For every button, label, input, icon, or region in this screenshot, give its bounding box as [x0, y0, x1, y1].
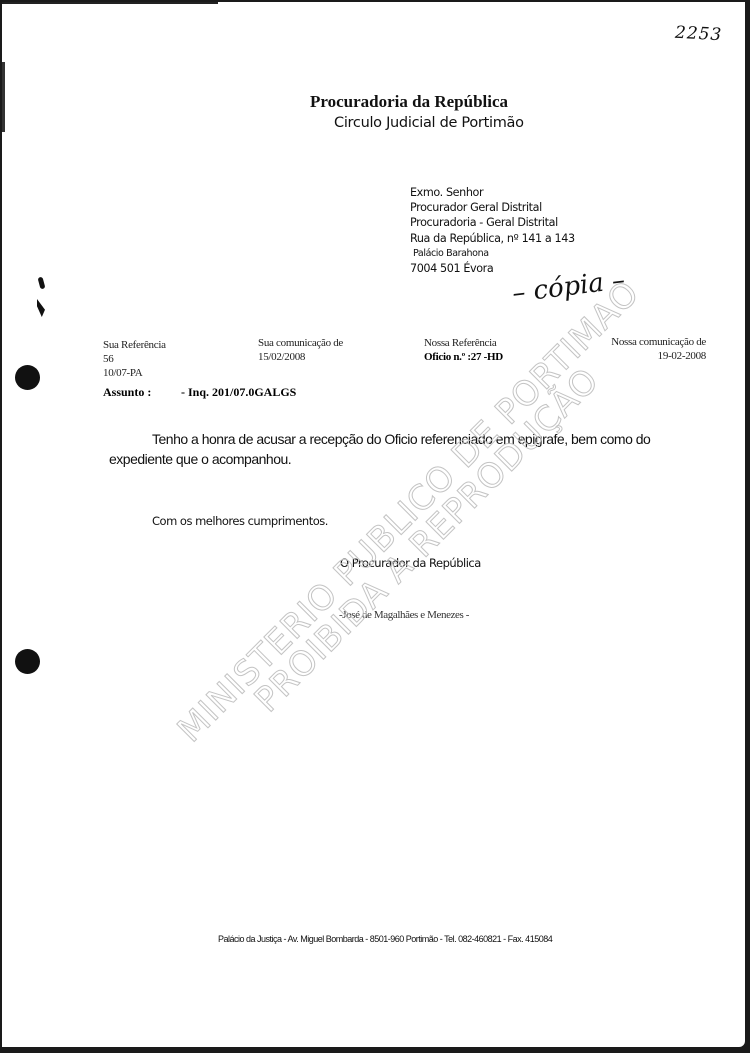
footer-address: Palácio da Justiça - Av. Miguel Bombarda… — [218, 934, 552, 944]
header-subtitle: Circulo Judicial de Portimão — [334, 115, 524, 131]
recipient-line: Palácio Barahona — [410, 246, 575, 261]
sua-comunicacao-value: 15/02/2008 — [258, 350, 343, 364]
punch-hole-icon — [15, 365, 40, 390]
sua-comunicacao: Sua comunicação de 15/02/2008 — [258, 336, 343, 364]
body-paragraph-text: Tenho a honra de acusar a recepção do Of… — [109, 431, 650, 467]
subject-line: Assunto : - Inq. 201/07.0GALGS — [103, 385, 151, 400]
handwritten-page-number: 2253 — [675, 23, 723, 45]
watermark-line-2: PROIBIDA A REPRODUÇÃO — [247, 360, 607, 720]
subject-label: Assunto : — [103, 385, 151, 399]
nossa-comunicacao-label: Nossa comunicação de — [598, 335, 706, 349]
scan-mark — [37, 299, 45, 317]
recipient-line: Procurador Geral Distrital — [410, 200, 575, 215]
scan-edge-line — [2, 2, 218, 4]
body-paragraph: Tenho a honra de acusar a recepção do Of… — [109, 429, 709, 469]
subject-value: - Inq. 201/07.0GALGS — [181, 385, 296, 400]
recipient-line: Exmo. Senhor — [410, 185, 575, 200]
nossa-referencia-label: Nossa Referência — [424, 336, 503, 350]
punch-hole-icon — [15, 649, 40, 674]
header-title: Procuradoria da República — [310, 92, 508, 112]
sua-referencia-value: 10/07-PA — [103, 366, 166, 380]
nossa-referencia-value: Oficio n.º :27 -HD — [424, 350, 503, 364]
watermark-line-1: MINISTERIO PUBLICO DE PORTIMAO — [170, 273, 648, 751]
sua-referencia-value: 56 — [103, 352, 166, 366]
sua-referencia: Sua Referência 56 10/07-PA — [103, 338, 166, 380]
closing-line: Com os melhores cumprimentos. — [152, 514, 328, 528]
recipient-line: Procuradoria - Geral Distrital — [410, 215, 575, 230]
sua-comunicacao-label: Sua comunicação de — [258, 336, 343, 350]
document-page: 2253 Procuradoria da República Circulo J… — [2, 2, 745, 1047]
nossa-comunicacao-value: 19-02-2008 — [598, 349, 706, 363]
scan-edge-mark — [2, 62, 5, 132]
recipient-address: Exmo. Senhor Procurador Geral Distrital … — [410, 185, 575, 276]
scan-mark — [38, 277, 46, 290]
sua-referencia-label: Sua Referência — [103, 338, 166, 352]
nossa-referencia: Nossa Referência Oficio n.º :27 -HD — [424, 336, 503, 364]
recipient-line: Rua da República, nº 141 a 143 — [410, 231, 575, 246]
nossa-comunicacao: Nossa comunicação de 19-02-2008 — [598, 335, 706, 363]
